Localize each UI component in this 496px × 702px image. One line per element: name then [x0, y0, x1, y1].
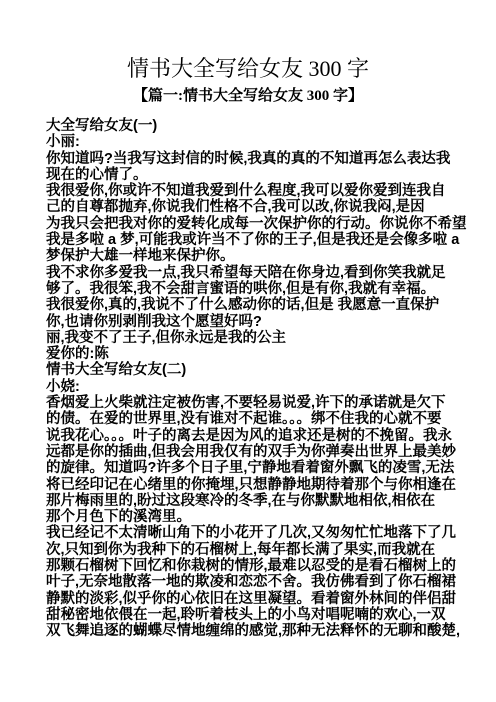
body-text-line: 为我只会把我对你的爱转化成每一次保护你的行动。你说你不希望 [46, 216, 458, 232]
body-text-line: 我很爱你,真的,我说不了什么感动你的话,但是 我愿意一直保护 [46, 297, 458, 313]
body-text-line: 我不求你多爱我一点,我只希望每天陪在你身边,看到你笑我就足 [46, 265, 458, 281]
body-text-line: 静默的淡彩,似乎你的心依旧在这里凝望。看着窗外林间的伴侣甜 [46, 591, 458, 607]
body-text-line: 我是多啦 a 梦,可能我或许当不了你的王子,但是我还是会像多啦 a [46, 232, 458, 248]
body-text-line: 够了。我很笨,我不会甜言蜜语的哄你,但是有你,我就有幸福。 [46, 281, 458, 297]
body-text-line: 丽,我变不了王子,但你永远是我的公主 [46, 330, 458, 346]
body-text-line: 的旋律。知道吗?许多个日子里,宁静地看着窗外飘飞的凌雪,无法 [46, 460, 458, 476]
body-text-line: 那个月色下的溪湾里。 [46, 509, 458, 525]
body-text-line: 你知道吗?当我写这封信的时候,我真的真的不知道再怎么表达我 [46, 151, 458, 167]
body-text-line: 次,只知到你为我种下的石榴树上,每年都长满了果实,而我就在 [46, 542, 458, 558]
document-title: 情书大全写给女友 300 字 [0, 56, 496, 82]
document-page: 情书大全写给女友 300 字 【篇一:情书大全写给女友 300 字】 大全写给女… [0, 0, 496, 702]
body-text-line: 远都是你的插曲,但我会用我仅有的双手为你弹奏出世界上最美妙 [46, 444, 458, 460]
body-text-line: 你,也请你别剥削我这个愿望好吗? [46, 314, 458, 330]
body-text-line: 我很爱你,你或许不知道我爱到什么程度,我可以爱你爱到连我自 [46, 183, 458, 199]
body-text-line: 现在的心情了。 [46, 167, 458, 183]
document-body: 大全写给女友(一)小丽:你知道吗?当我写这封信的时候,我真的真的不知道再怎么表达… [46, 118, 458, 640]
document-subtitle: 【篇一:情书大全写给女友 300 字】 [0, 87, 496, 105]
body-text-line: 甜秘密地依偎在一起,聆听着枝头上的小鸟对唱呢喃的欢心,一双 [46, 607, 458, 623]
body-text-line: 那颗石榴树下回忆和你栽树的情形,最难以忍受的是看石榴树上的 [46, 558, 458, 574]
body-text-line: 叶子,无奈地散落一地的欺凌和恋恋不舍。我仿佛看到了你石榴裙 [46, 574, 458, 590]
body-text-line: 大全写给女友(一) [46, 118, 458, 134]
body-text-line: 双飞舞追逐的蝴蝶尽情地缠绵的感觉,那种无法释怀的无聊和酸楚, [46, 623, 458, 639]
body-text-line: 的债。在爱的世界里,没有谁对不起谁。。。绑不住我的心就不要 [46, 411, 458, 427]
body-text-line: 我已经记不太清晰山角下的小花开了几次,又匆匆忙忙地落下了几 [46, 525, 458, 541]
body-text-line: 己的自尊都抛弃,你说我们性格不合,我可以改,你说我闷,是因 [46, 199, 458, 215]
body-text-line: 梦保护大雄一样地来保护你。 [46, 248, 458, 264]
body-text-line: 爱你的:陈 [46, 346, 458, 362]
body-text-line: 情书大全写给女友(二) [46, 362, 458, 378]
body-text-line: 那片梅雨里的,盼过这段寒冷的冬季,在与你默默地相依,相依在 [46, 493, 458, 509]
body-text-line: 小娆: [46, 379, 458, 395]
body-text-line: 小丽: [46, 134, 458, 150]
body-text-line: 香烟爱上火柴就注定被伤害,不要轻易说爱,许下的承诺就是欠下 [46, 395, 458, 411]
body-text-line: 将已经印记在心绪里的你掩埋,只想静静地期待着那个与你相逢在 [46, 477, 458, 493]
body-text-line: 说我花心。。。叶子的离去是因为风的追求还是树的不挽留。我永 [46, 428, 458, 444]
